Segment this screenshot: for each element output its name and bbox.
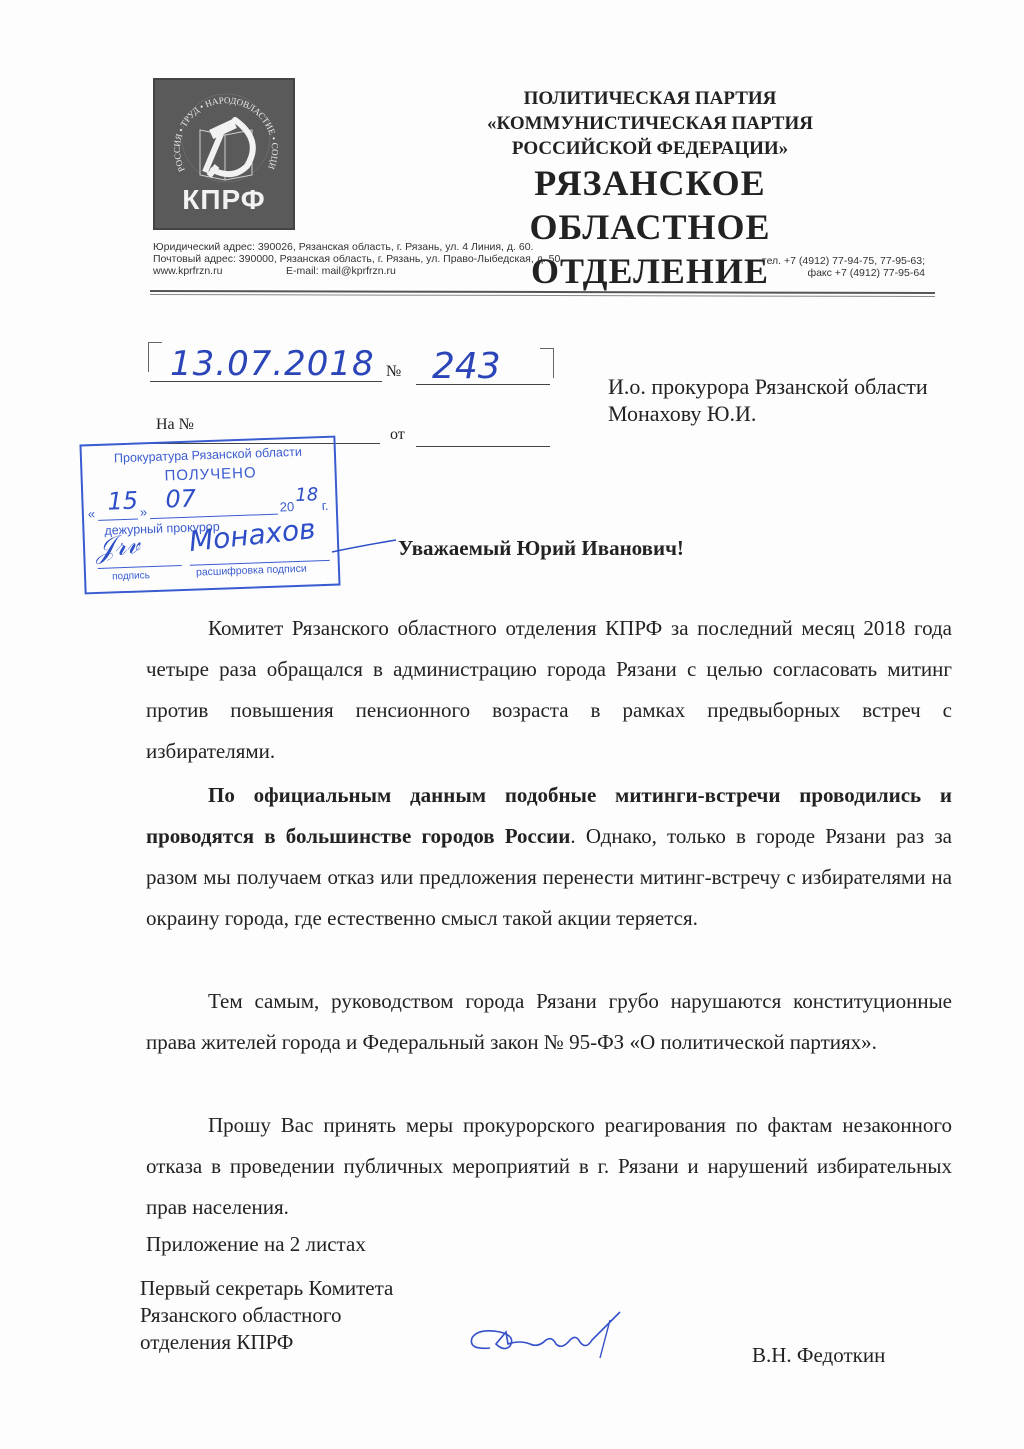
- stamp-month: 07: [165, 484, 197, 513]
- from-line: [416, 446, 550, 447]
- reg-number-label: №: [386, 363, 401, 381]
- reg-date-line: [150, 381, 382, 382]
- reg-number: 243: [432, 346, 501, 387]
- kprf-logo: РОССИЯ • ТРУД • НАРОДОВЛАСТИЕ • СОЦИАЛИЗ…: [153, 78, 295, 230]
- phone-block: тел. +7 (4912) 77-94-75, 77-95-63; факс …: [700, 255, 925, 279]
- stamp-date-row: « 15 » 07 20 18 г.: [88, 498, 334, 507]
- logo-abbr: КПРФ: [155, 184, 293, 216]
- org-line-3: РОССИЙСКОЙ ФЕДЕРАЦИИ»: [420, 136, 880, 161]
- signer-title: Первый секретарь Комитета Рязанского обл…: [140, 1275, 393, 1356]
- phone: тел. +7 (4912) 77-94-75, 77-95-63;: [700, 255, 925, 267]
- org-line-1: ПОЛИТИЧЕСКАЯ ПАРТИЯ: [420, 86, 880, 111]
- paragraph-3: Тем самым, руководством города Рязани гр…: [146, 981, 952, 1063]
- attachment-note: Приложение на 2 листах: [146, 1232, 366, 1257]
- reg-date: 13.07.2018: [170, 344, 375, 384]
- stamp-year: 18: [295, 484, 319, 506]
- paragraph-2: По официальным данным подобные митинги-в…: [146, 775, 952, 939]
- paragraph-1: Комитет Рязанского областного отделения …: [146, 608, 952, 772]
- addressee-title: И.о. прокурора Рязанской области: [608, 373, 928, 400]
- org-line-2: «КОММУНИСТИЧЕСКАЯ ПАРТИЯ: [420, 111, 880, 136]
- email-link[interactable]: E-mail: mail@kprfrzn.ru: [286, 265, 396, 277]
- header-divider-thin: [150, 294, 935, 297]
- reg-corner-right: [540, 348, 554, 378]
- stamp-signature: 𝒥𝓇𝓋: [93, 526, 142, 566]
- greeting: Уважаемый Юрий Иванович!: [398, 536, 684, 561]
- received-stamp: Прокуратура Рязанской области ПОЛУЧЕНО «…: [79, 436, 340, 595]
- reply-to-label: На №: [156, 416, 194, 434]
- branch-line-1: РЯЗАНСКОЕ: [420, 161, 880, 205]
- signer-name: В.Н. Федоткин: [752, 1343, 885, 1368]
- addressee-name: Монахову Ю.И.: [608, 400, 928, 427]
- legal-address: Юридический адрес: 390026, Рязанская обл…: [153, 241, 560, 253]
- stamp-signature-decode: Монахов: [187, 512, 317, 558]
- fax: факс +7 (4912) 77-95-64: [700, 267, 925, 279]
- contact-block: Юридический адрес: 390026, Рязанская обл…: [153, 241, 560, 277]
- stamp-decode-label: расшифровка подписи: [196, 563, 307, 579]
- stamp-signature-tail: [330, 530, 400, 560]
- stamp-status: ПОЛУЧЕНО: [82, 461, 338, 487]
- reg-corner-left: [148, 342, 162, 372]
- handwritten-signature: [460, 1310, 630, 1370]
- reg-number-line: [416, 384, 550, 385]
- paragraph-4: Прошу Вас принять меры прокурорского реа…: [146, 1105, 952, 1228]
- from-label: от: [390, 426, 405, 444]
- postal-address: Почтовый адрес: 390000, Рязанская област…: [153, 253, 560, 265]
- addressee: И.о. прокурора Рязанской области Монахов…: [608, 373, 928, 427]
- stamp-day: 15: [107, 487, 139, 516]
- letter-page: РОССИЯ • ТРУД • НАРОДОВЛАСТИЕ • СОЦИАЛИЗ…: [0, 0, 1024, 1449]
- stamp-signature-label: подпись: [112, 570, 150, 582]
